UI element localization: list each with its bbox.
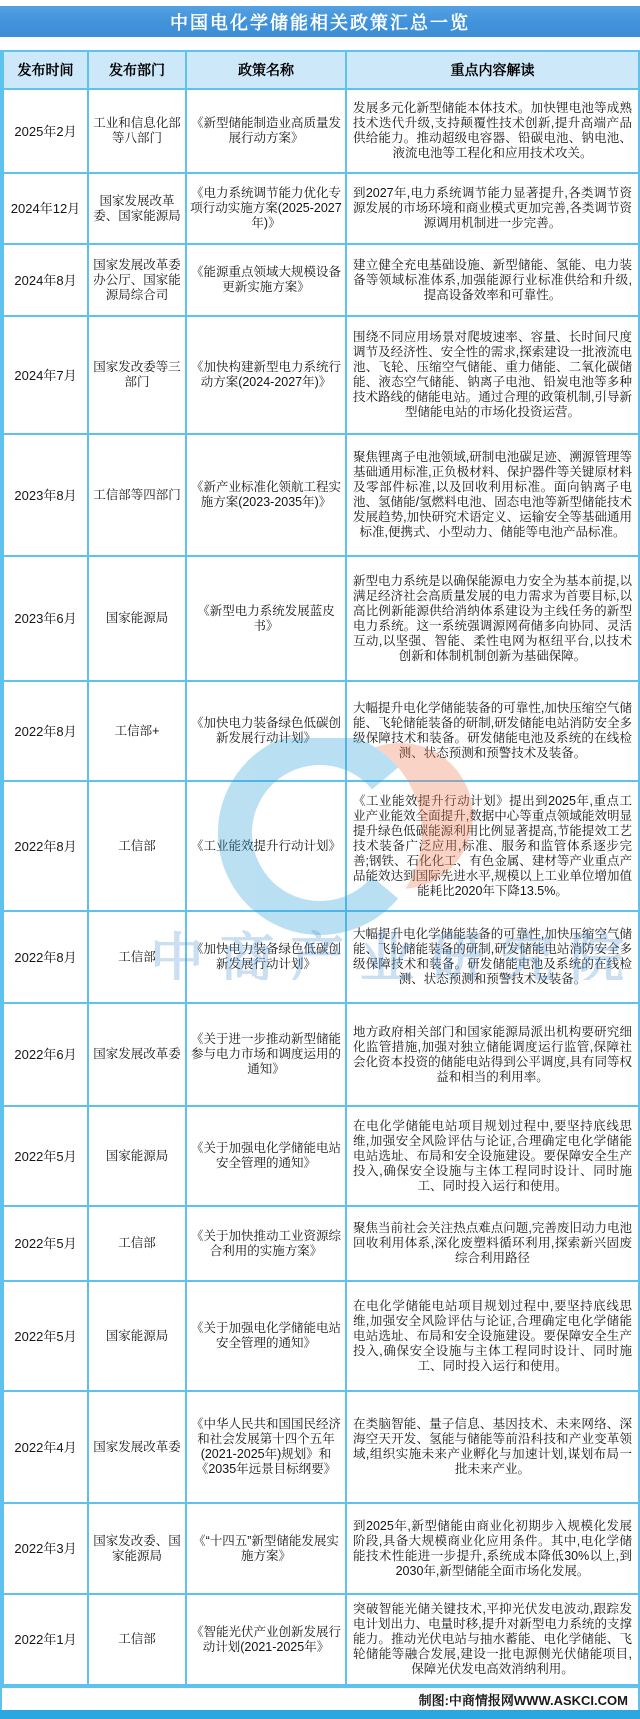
column-header-1: 发布部门 [88,51,186,89]
policy-date: 2023年8月 [3,434,88,556]
policy-date: 2023年6月 [3,556,88,681]
policy-date: 2022年5月 [3,1106,88,1206]
policy-date: 2022年3月 [3,1503,88,1594]
policy-department: 国家发展改革委办公厅、国家能源局综合司 [88,244,186,316]
policy-date: 2022年5月 [3,1206,88,1281]
table-row: 2022年5月国家能源局《关于加强电化学储能电站安全管理的通知》在电化学储能电站… [3,1106,639,1206]
table-row: 2022年4月国家发展改革委《中华人民共和国国民经济和社会发展第十四个五年(20… [3,1391,639,1503]
policy-name: 《加快电力装备绿色低碳创新发展行动计划》 [186,911,346,1003]
policy-content: 发展多元化新型储能本体技术。加快锂电池等成熟技术迭代升级,支持颠覆性技术创新,提… [346,89,639,173]
policy-name: 《关于加强电化学储能电站安全管理的通知》 [186,1106,346,1206]
column-header-0: 发布时间 [3,51,88,89]
policy-department: 工信部 [88,1594,186,1685]
policy-department: 国家能源局 [88,556,186,681]
policy-content: 在电化学储能电站项目规划过程中,要坚持底线思维,加强安全风险评估与论证,合理确定… [346,1281,639,1391]
policy-department: 工信部 [88,781,186,911]
policy-content: 大幅提升电化学储能装备的可靠性,加快压缩空气储能、飞轮储能装备的研制,研发储能电… [346,911,639,1003]
policy-date: 2024年8月 [3,244,88,316]
table-row: 2025年2月工业和信息化部等八部门《新型储能制造业高质量发展行动方案》发展多元… [3,89,639,173]
policy-content: 地方政府相关部门和国家能源局派出机构要研究细化监管措施,加强对独立储能调度运行监… [346,1003,639,1106]
column-header-2: 政策名称 [186,51,346,89]
policy-department: 国家发改委等三部门 [88,316,186,434]
table-row: 2022年5月国家能源局《关于加强电化学储能电站安全管理的通知》在电化学储能电站… [3,1281,639,1391]
policy-date: 2022年5月 [3,1281,88,1391]
policy-content: 建立健全充电基础设施、新型储能、氢能、电力装备等领域标准体系,加强能源行业标准供… [346,244,639,316]
policy-department: 国家能源局 [88,1281,186,1391]
policy-content: 在电化学储能电站项目规划过程中,要坚持底线思维,加强安全风险评估与论证,合理确定… [346,1106,639,1206]
table-row: 2022年5月工信部《关于加快推动工业资源综合利用的实施方案》聚焦当前社会关注热… [3,1206,639,1281]
table-row: 2022年1月工信部《智能光伏产业创新发展行动计划(2021-2025年》突破智… [3,1594,639,1685]
policy-name: 《电力系统调节能力优化专项行动实施方案(2025-2027年)》 [186,173,346,244]
table-row: 2022年3月国家发改委、国家能源局《“十四五”新型储能发展实施方案》到2025… [3,1503,639,1594]
policy-content: 大幅提升电化学储能装备的可靠性,加快压缩空气储能、飞轮储能装备的研制,研发储能电… [346,681,639,781]
infographic-page: 中国电化学储能相关政策汇总一览 发布时间发布部门政策名称重点内容解读 2025年… [0,0,640,1719]
policy-date: 2022年4月 [3,1391,88,1503]
column-header-3: 重点内容解读 [346,51,639,89]
policy-date: 2022年1月 [3,1594,88,1685]
policy-department: 工信部+ [88,681,186,781]
policy-name: 《关于进一步推动新型储能参与电力市场和调度运用的通知》 [186,1003,346,1106]
policy-name: 《新型储能制造业高质量发展行动方案》 [186,89,346,173]
table-row: 2024年7月国家发改委等三部门《加快构建新型电力系统行动方案(2024-202… [3,316,639,434]
policy-content: 到2025年,新型储能由商业化初期步入规模化发展阶段,具备大规模商业化应用条件。… [346,1503,639,1594]
policy-content: 在类脑智能、量子信息、基因技术、未来网络、深海空天开发、氢能与储能等前沿科技和产… [346,1391,639,1503]
bottom-accent-bar [0,1710,640,1719]
policy-name: 《“十四五”新型储能发展实施方案》 [186,1503,346,1594]
policy-name: 《加快构建新型电力系统行动方案(2024-2027年)》 [186,316,346,434]
table-row: 2022年8月工信部+《加快电力装备绿色低碳创新发展行动计划》大幅提升电化学储能… [3,681,639,781]
policy-content: 到2027年,电力系统调节能力显著提升,各类调节资源发展的市场环境和商业模式更加… [346,173,639,244]
policy-date: 2022年8月 [3,781,88,911]
policy-name: 《智能光伏产业创新发展行动计划(2021-2025年》 [186,1594,346,1685]
page-title: 中国电化学储能相关政策汇总一览 [0,6,640,37]
policy-name: 《加快电力装备绿色低碳创新发展行动计划》 [186,681,346,781]
policy-content: 新型电力系统是以确保能源电力安全为基本前提,以满足经济社会高质量发展的电力需求为… [346,556,639,681]
policy-name: 《新型电力系统发展蓝皮书》 [186,556,346,681]
policy-table: 发布时间发布部门政策名称重点内容解读 2025年2月工业和信息化部等八部门《新型… [2,50,640,1686]
table-row: 2022年8月工信部《加快电力装备绿色低碳创新发展行动计划》大幅提升电化学储能装… [3,911,639,1003]
policy-name: 《关于加快推动工业资源综合利用的实施方案》 [186,1206,346,1281]
policy-department: 工信部等四部门 [88,434,186,556]
policy-name: 《能源重点领域大规模设备更新实施方案》 [186,244,346,316]
table-row: 2022年6月国家发展改革委《关于进一步推动新型储能参与电力市场和调度运用的通知… [3,1003,639,1106]
policy-content: 突破智能光储关键技术,平抑光伏发电波动,跟踪发电计划出力、电量时移,提升对新型电… [346,1594,639,1685]
table-row: 2024年12月国家发展改革委、国家能源局《电力系统调节能力优化专项行动实施方案… [3,173,639,244]
table-header-row: 发布时间发布部门政策名称重点内容解读 [3,51,639,89]
table-row: 2022年8月工信部《工业能效提升行动计划》《工业能效提升行动计划》提出到202… [3,781,639,911]
policy-date: 2022年8月 [3,911,88,1003]
table-row: 2023年8月工信部等四部门《新产业标准化领航工程实施方案(2023-2035年… [3,434,639,556]
policy-name: 《工业能效提升行动计划》 [186,781,346,911]
policy-department: 国家发展改革委 [88,1003,186,1106]
policy-department: 国家发展改革委 [88,1391,186,1503]
policy-department: 国家发改委、国家能源局 [88,1503,186,1594]
policy-date: 2024年12月 [3,173,88,244]
policy-content: 聚焦锂离子电池领域,研制电池碳足迹、溯源管理等基础通用标准,正负极材料、保护器件… [346,434,639,556]
credit-line: 制图:中商情报网WWW.ASKCI.COM [2,1686,638,1710]
policy-department: 工业和信息化部等八部门 [88,89,186,173]
policy-name: 《关于加强电化学储能电站安全管理的通知》 [186,1281,346,1391]
policy-name: 《中华人民共和国国民经济和社会发展第十四个五年(2021-2025年)规划》和《… [186,1391,346,1503]
policy-department: 工信部 [88,1206,186,1281]
table-row: 2024年8月国家发展改革委办公厅、国家能源局综合司《能源重点领域大规模设备更新… [3,244,639,316]
policy-date: 2025年2月 [3,89,88,173]
policy-content: 围绕不同应用场景对爬坡速率、容量、长时间尺度调节及经济性、安全性的需求,探索建设… [346,316,639,434]
policy-department: 国家能源局 [88,1106,186,1206]
policy-content: 《工业能效提升行动计划》提出到2025年,重点工业产业能效全面提升,数据中心等重… [346,781,639,911]
table-row: 2023年6月国家能源局《新型电力系统发展蓝皮书》新型电力系统是以确保能源电力安… [3,556,639,681]
policy-date: 2022年8月 [3,681,88,781]
policy-name: 《新产业标准化领航工程实施方案(2023-2035年)》 [186,434,346,556]
policy-department: 国家发展改革委、国家能源局 [88,173,186,244]
policy-content: 聚焦当前社会关注热点难点问题,完善废旧动力电池回收利用体系,深化废塑料循环利用,… [346,1206,639,1281]
policy-department: 工信部 [88,911,186,1003]
policy-date: 2024年7月 [3,316,88,434]
policy-date: 2022年6月 [3,1003,88,1106]
policy-table-wrap: 发布时间发布部门政策名称重点内容解读 2025年2月工业和信息化部等八部门《新型… [0,50,640,1710]
